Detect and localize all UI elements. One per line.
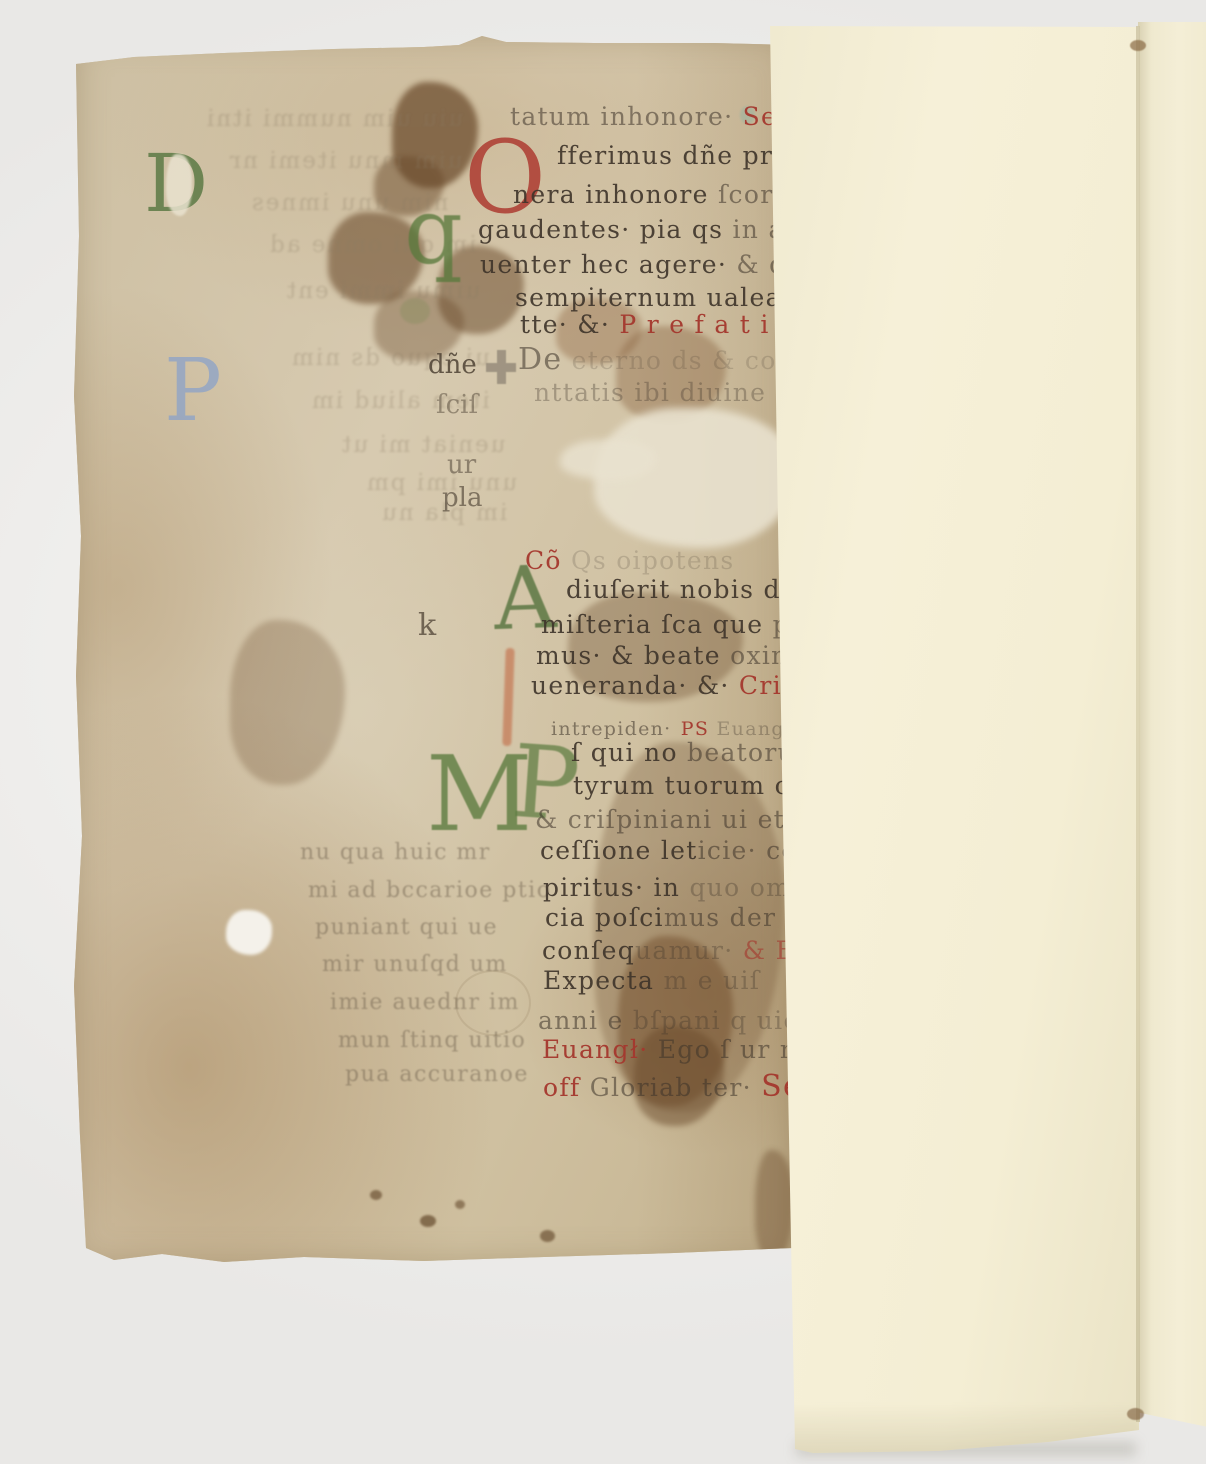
text-run: tyrum tuorum criſpin — [573, 771, 794, 800]
text-run: quo omnium & — [680, 873, 794, 902]
text-run: ſ qui no — [571, 738, 678, 767]
text-line: sempiternum ualeamus· to — [515, 285, 794, 310]
text-line: tte· &· P r e f a t i o ue — [520, 312, 794, 337]
rubric-run: P r e f a t i o — [619, 310, 794, 339]
text-line: cia poſcimus der ſtint p — [545, 905, 794, 930]
text-line: De eterno ds & comodis — [518, 345, 794, 375]
text-run: uamur· — [635, 936, 734, 965]
text-fragment: dñe — [428, 350, 477, 380]
text-line: anni e bſpani q uieri — [538, 1008, 794, 1033]
abraded-patch — [560, 440, 656, 480]
text-run: uenter hec agere· — [480, 250, 727, 279]
stain — [230, 620, 345, 785]
text-run: fferimus dñe preces — [557, 141, 794, 170]
text-line: Euangł· Ego ſ ur me dic — [542, 1037, 794, 1062]
text-run: tatum inhonore· — [510, 102, 733, 131]
text-line: gaudentes· pia qs in amor — [478, 217, 794, 242]
text-line: conſequamur· & Ep ſroi — [542, 938, 794, 963]
text-line: intrepiden· PS Euangeliſ ani· — [551, 714, 794, 739]
text-line: mus· & beate oxime int — [536, 643, 794, 668]
text-line: tyrum tuorum criſpin — [573, 773, 794, 798]
text-run: cia poſci — [545, 903, 664, 932]
ghost-text-line: mir unuſqd um — [322, 952, 508, 977]
text-run: diuſerit nobis dñe — [566, 575, 794, 604]
ghost-text-line: puniant qui ue — [315, 915, 498, 940]
photo-backdrop: uiu uim nummi itni uim mnu itemi nr nim … — [0, 0, 1206, 1464]
parchment-leaf: uiu uim nummi itni uim mnu itemi nr nim … — [74, 36, 794, 1264]
text-run: Qs oipotens — [562, 546, 735, 575]
speck — [540, 1230, 555, 1242]
text-run: conſeq — [542, 936, 635, 965]
speck — [420, 1215, 436, 1227]
stain — [755, 1150, 794, 1262]
text-run: bſpani q uieri — [624, 1006, 794, 1035]
text-line: ceſſione leticie· concede p — [540, 838, 794, 863]
text-run: piritus· in — [543, 873, 680, 902]
initial-o-red: O — [464, 128, 546, 228]
text-run: ceſſione let — [540, 836, 698, 865]
text-line: Cõ Qs oipotens leti — [525, 548, 794, 573]
initial-q-green: q — [404, 186, 463, 278]
text-run: gaudentes· pia qs — [478, 215, 723, 244]
ghost-text-line: imie auednr im — [330, 990, 520, 1015]
text-fragment: ſciſ — [436, 390, 478, 420]
text-run: Expecta — [543, 966, 654, 995]
text-line: off Gloriab ter· Sequentia — [543, 1072, 794, 1102]
initial-damage — [166, 154, 192, 216]
rubric-run: off — [543, 1073, 580, 1102]
text-line: tatum inhonore· Secr· — [510, 104, 794, 129]
text-line: fferimus dñe preces & mu — [557, 143, 794, 168]
speck — [1127, 1408, 1144, 1420]
repair-spot — [226, 910, 272, 955]
text-run: nttatis ibi diuine ſup pſal — [534, 378, 794, 407]
text-line: nttatis ibi diuine ſup pſal — [534, 380, 794, 405]
text-run: ueneranda· &· — [531, 671, 730, 700]
sheet-fold-crease — [1136, 26, 1140, 1422]
text-run: De — [518, 342, 562, 377]
text-line: nera inhonore ſcor mar — [513, 182, 794, 207]
text-line: ſ qui no beatorum m — [571, 740, 794, 765]
text-line: & criſpiniani ui eternitatiſ — [535, 807, 794, 832]
text-line: ueneranda· &· Criſpini & Criſ — [531, 673, 794, 698]
text-fragment: pla — [442, 483, 482, 513]
text-line: diuſerit nobis dñe & cõe — [566, 577, 794, 602]
ghost-text-line: pua accuranoe — [345, 1062, 529, 1087]
rubric-run: & Ep ſroi — [734, 936, 794, 965]
text-run: ur me dic — [731, 1035, 794, 1064]
book-page-edge — [1138, 22, 1206, 1438]
ghost-text-line: uiu uim nummi itni — [205, 106, 463, 132]
text-run: sempiternum ualeam — [515, 283, 794, 312]
ghost-text-line: ueniat mi ut — [340, 432, 505, 458]
text-run: icie· concede p — [698, 836, 794, 865]
text-run: & criſpiniani ui eternitatiſ — [535, 805, 794, 834]
text-run: intrepiden· — [551, 718, 672, 740]
text-run: Ego ſ — [649, 1035, 731, 1064]
initial-i-red — [502, 648, 514, 746]
text-run: nera inhonore — [513, 180, 709, 209]
interleaf-sheet — [768, 26, 1140, 1460]
text-run: beatorum m — [678, 738, 794, 767]
initial-p-blue: P — [164, 348, 222, 434]
text-line: piritus· in quo omnium & — [543, 875, 794, 900]
rubric-run: PS — [681, 718, 709, 740]
text-run: miſteria ſca que — [541, 610, 763, 639]
speck — [455, 1200, 465, 1209]
ghost-text-line: uim mnu itemi nr — [228, 148, 463, 174]
text-run: anni e — [538, 1006, 624, 1035]
text-run: mus· & beate — [536, 641, 721, 670]
text-line: uenter hec agere· & quor — [480, 252, 794, 277]
cross-icon — [486, 350, 516, 384]
text-run: m e uiſ — [654, 966, 760, 995]
speck — [1130, 40, 1146, 51]
text-run: Gloriab ter· — [580, 1073, 751, 1102]
text-line: miſteria ſca que pre mr — [541, 612, 794, 637]
text-run: eterno ds & comodis — [562, 346, 794, 375]
text-line: Expecta m e uiſ Ke — [543, 968, 794, 993]
ghost-text-line: mun ſtinq uitio — [338, 1028, 526, 1053]
text-fragment: ur — [447, 450, 476, 480]
speck — [370, 1190, 382, 1200]
text-run: tte· &· — [520, 310, 610, 339]
text-run: mus der ſtint p — [664, 903, 794, 932]
text-fragment: k — [418, 608, 436, 643]
rubric-run: Euangł· — [542, 1035, 649, 1064]
rubric-run: Cõ — [525, 546, 562, 575]
ghost-text-line: mi ad bccarioe ptio — [308, 878, 551, 903]
